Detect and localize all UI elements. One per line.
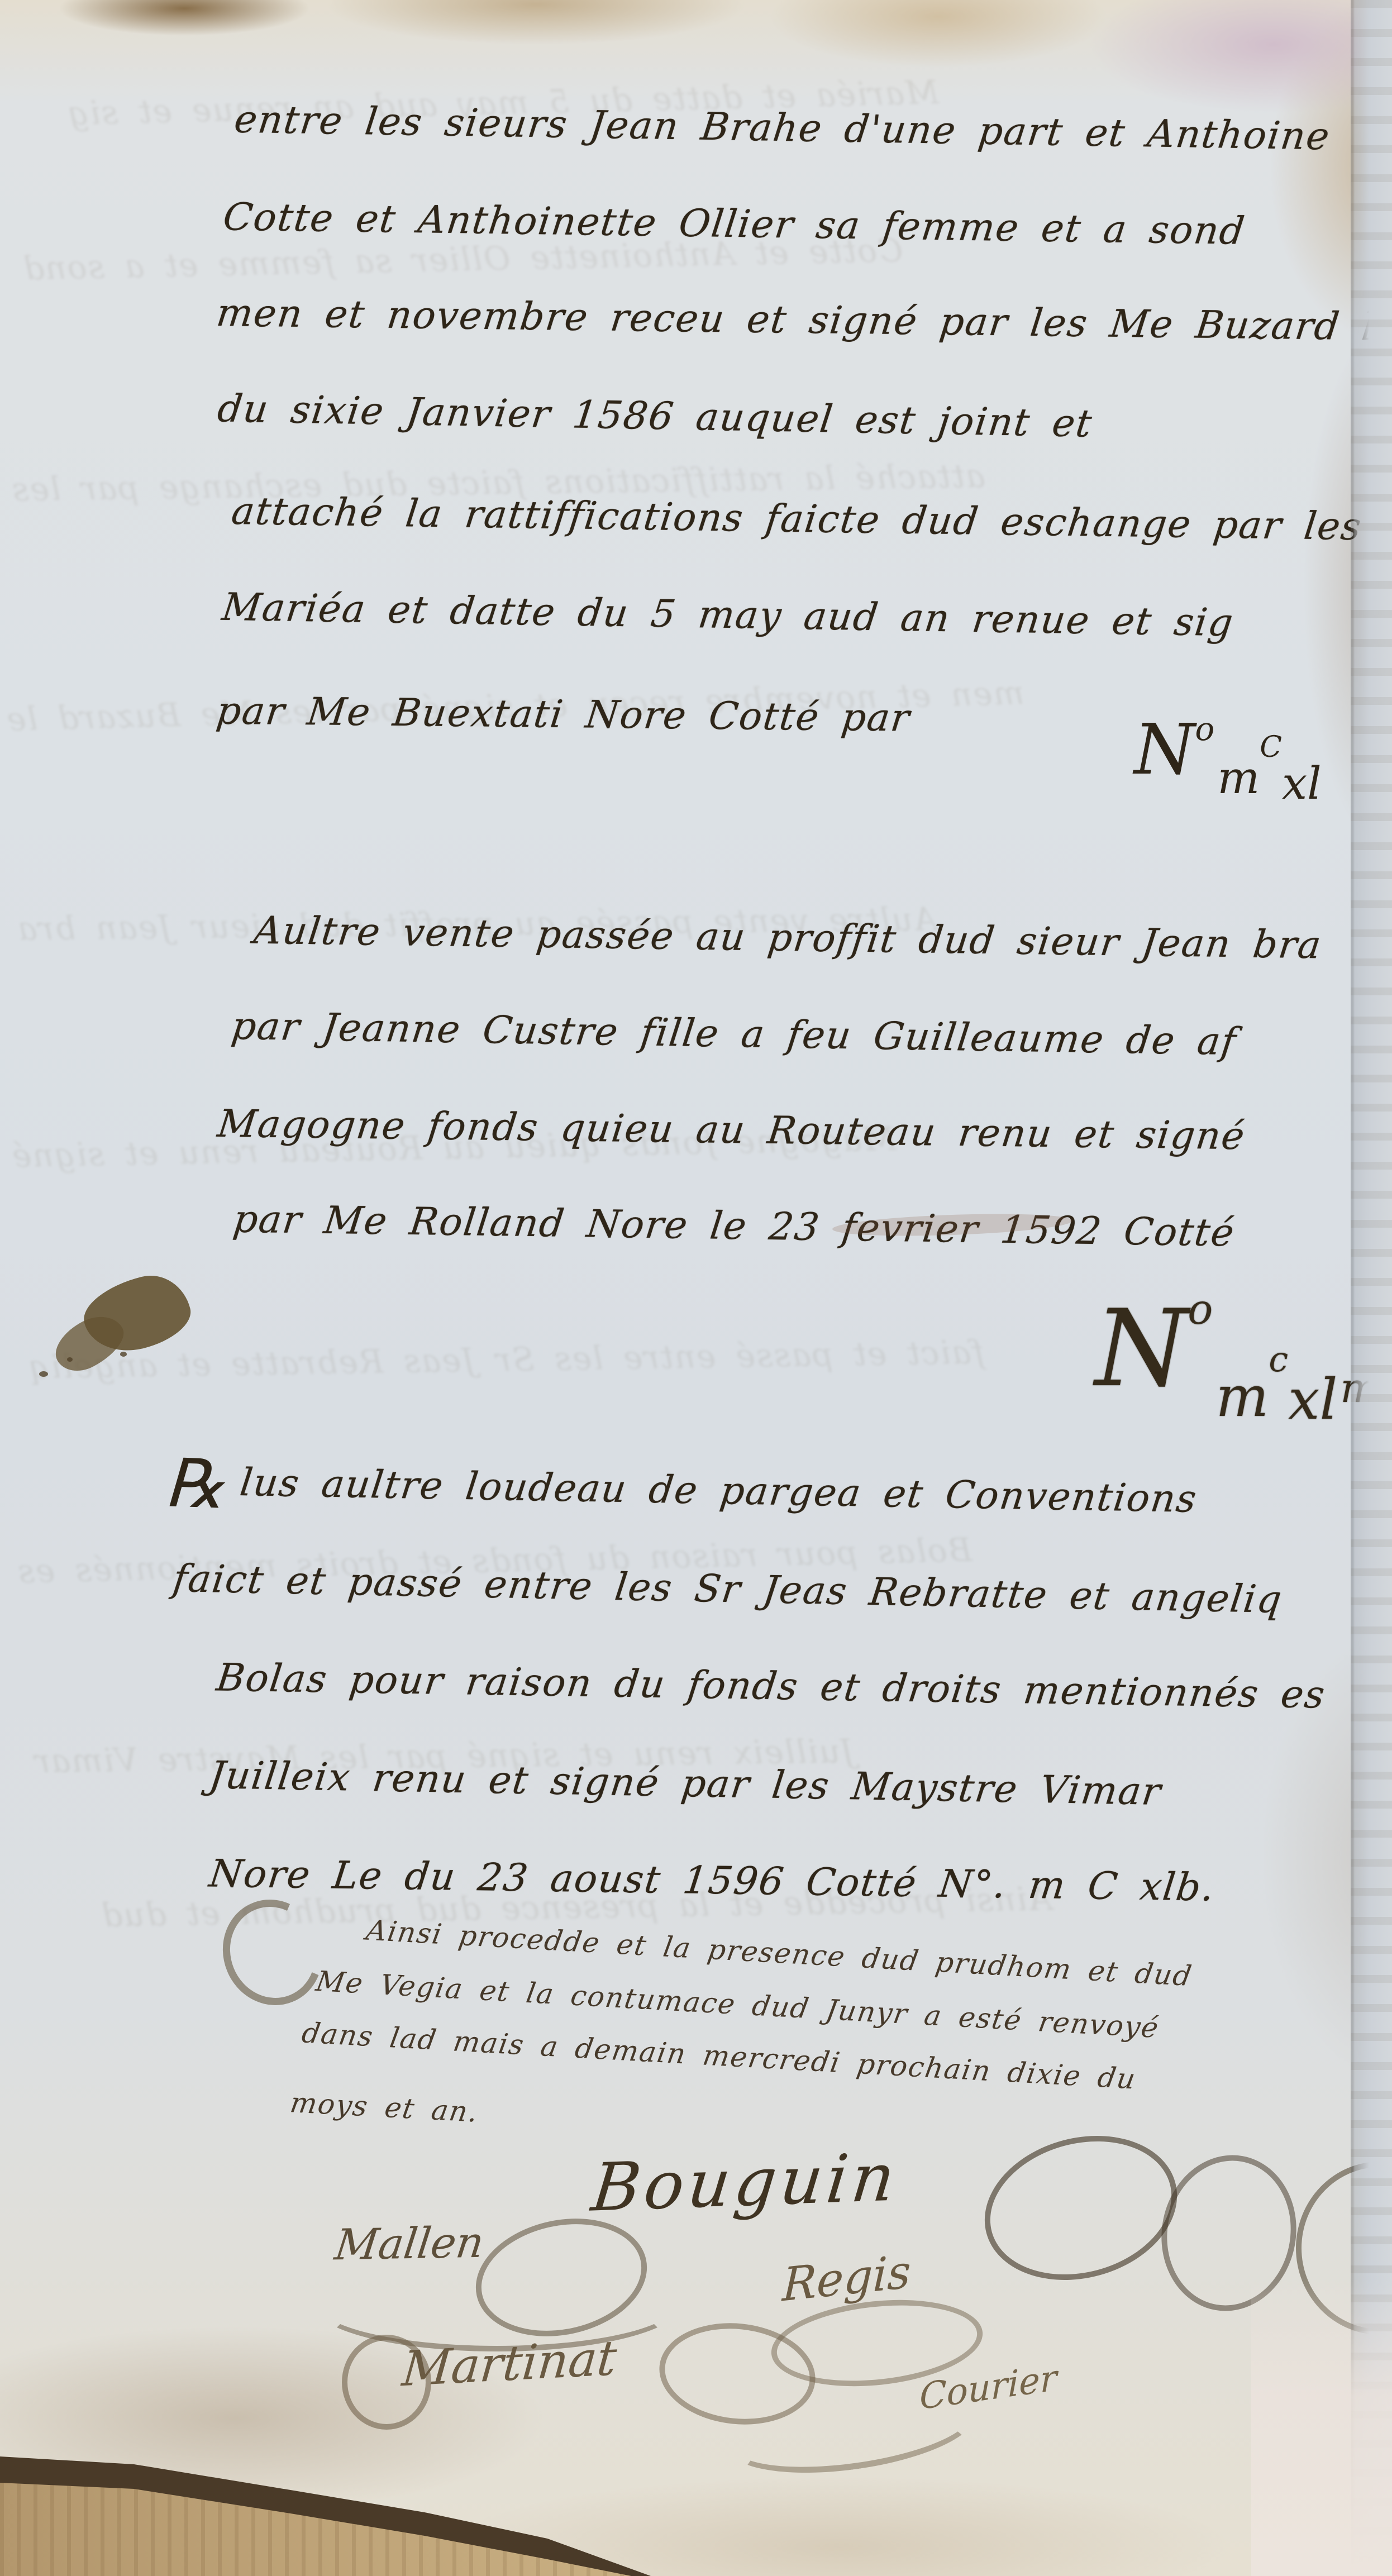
entry-2-cote-number: No mcxl mj xyxy=(1095,1285,1391,1432)
cote-superscript: c xyxy=(1269,1339,1288,1380)
plus-abbreviation-glyph: ℞ xyxy=(164,1444,226,1524)
cote-roman: xl xyxy=(1288,1367,1337,1432)
entry-2-line-4: par Me Rolland Nore le 23 fevrier 1592 C… xyxy=(231,1198,1237,1256)
bleedthrough-line: faict et passé entre les Sr Jeas Rebratt… xyxy=(28,1333,985,1386)
page-fold-edge xyxy=(1351,0,1392,2576)
cote-roman: m xyxy=(1217,752,1260,804)
entry-1-line-3: men et novembre receu et signé par les M… xyxy=(214,291,1392,350)
entry-2-line-1: Aultre vente passée au proffit dud sieur… xyxy=(251,909,1324,968)
desk-corner-highlight xyxy=(1251,2279,1392,2576)
cote-roman: m xyxy=(1216,1364,1269,1429)
ink-speck xyxy=(120,1352,127,1357)
closing-line-4: moys et an. xyxy=(288,2086,481,2128)
entry-1-line-5: attaché la rattiffications faicte dud es… xyxy=(229,489,1364,549)
cote-letter: N xyxy=(1095,1287,1188,1410)
cote-superscript: o xyxy=(1188,1285,1213,1334)
entry-1-line-4: du sixie Janvier 1586 auquel est joint e… xyxy=(215,387,1095,446)
entry-3-line-4: Juilleix renu et signé par les Maystre V… xyxy=(207,1753,1164,1814)
cote-superscript: o xyxy=(1195,710,1214,748)
ink-speck xyxy=(39,1371,48,1377)
entry-1-line-6: Mariéa et datte du 5 may aud an renue et… xyxy=(220,585,1236,645)
cote-superscript: C xyxy=(1260,731,1282,764)
entry-1-line-1: entre les sieurs Jean Brahe d'une part e… xyxy=(232,98,1332,159)
cote-roman: xl xyxy=(1282,757,1322,809)
signature-bouguin-paraph xyxy=(969,2115,1194,2301)
entry-3-line-1: lus aultre loudeau de pargea et Conventi… xyxy=(237,1461,1199,1521)
signature-martinat: Martinat xyxy=(400,2330,619,2398)
entry-2-line-2: par Jeanne Custre fille a feu Guilleaume… xyxy=(229,1004,1239,1064)
ink-speck xyxy=(67,1357,73,1362)
entry-1-line-7: par Me Buextati Nore Cotté par xyxy=(214,689,913,741)
cote-letter: N xyxy=(1134,709,1195,790)
entry-3-line-3: Bolas pour raison du fonds et droits men… xyxy=(214,1656,1328,1717)
manuscript-photo: Cotte et Anthoinette Ollier sa femme et … xyxy=(0,0,1392,2576)
signature-bouguin: Bouguin xyxy=(588,2138,902,2226)
entry-1-cote-number: No mCxl xyxy=(1134,709,1322,809)
